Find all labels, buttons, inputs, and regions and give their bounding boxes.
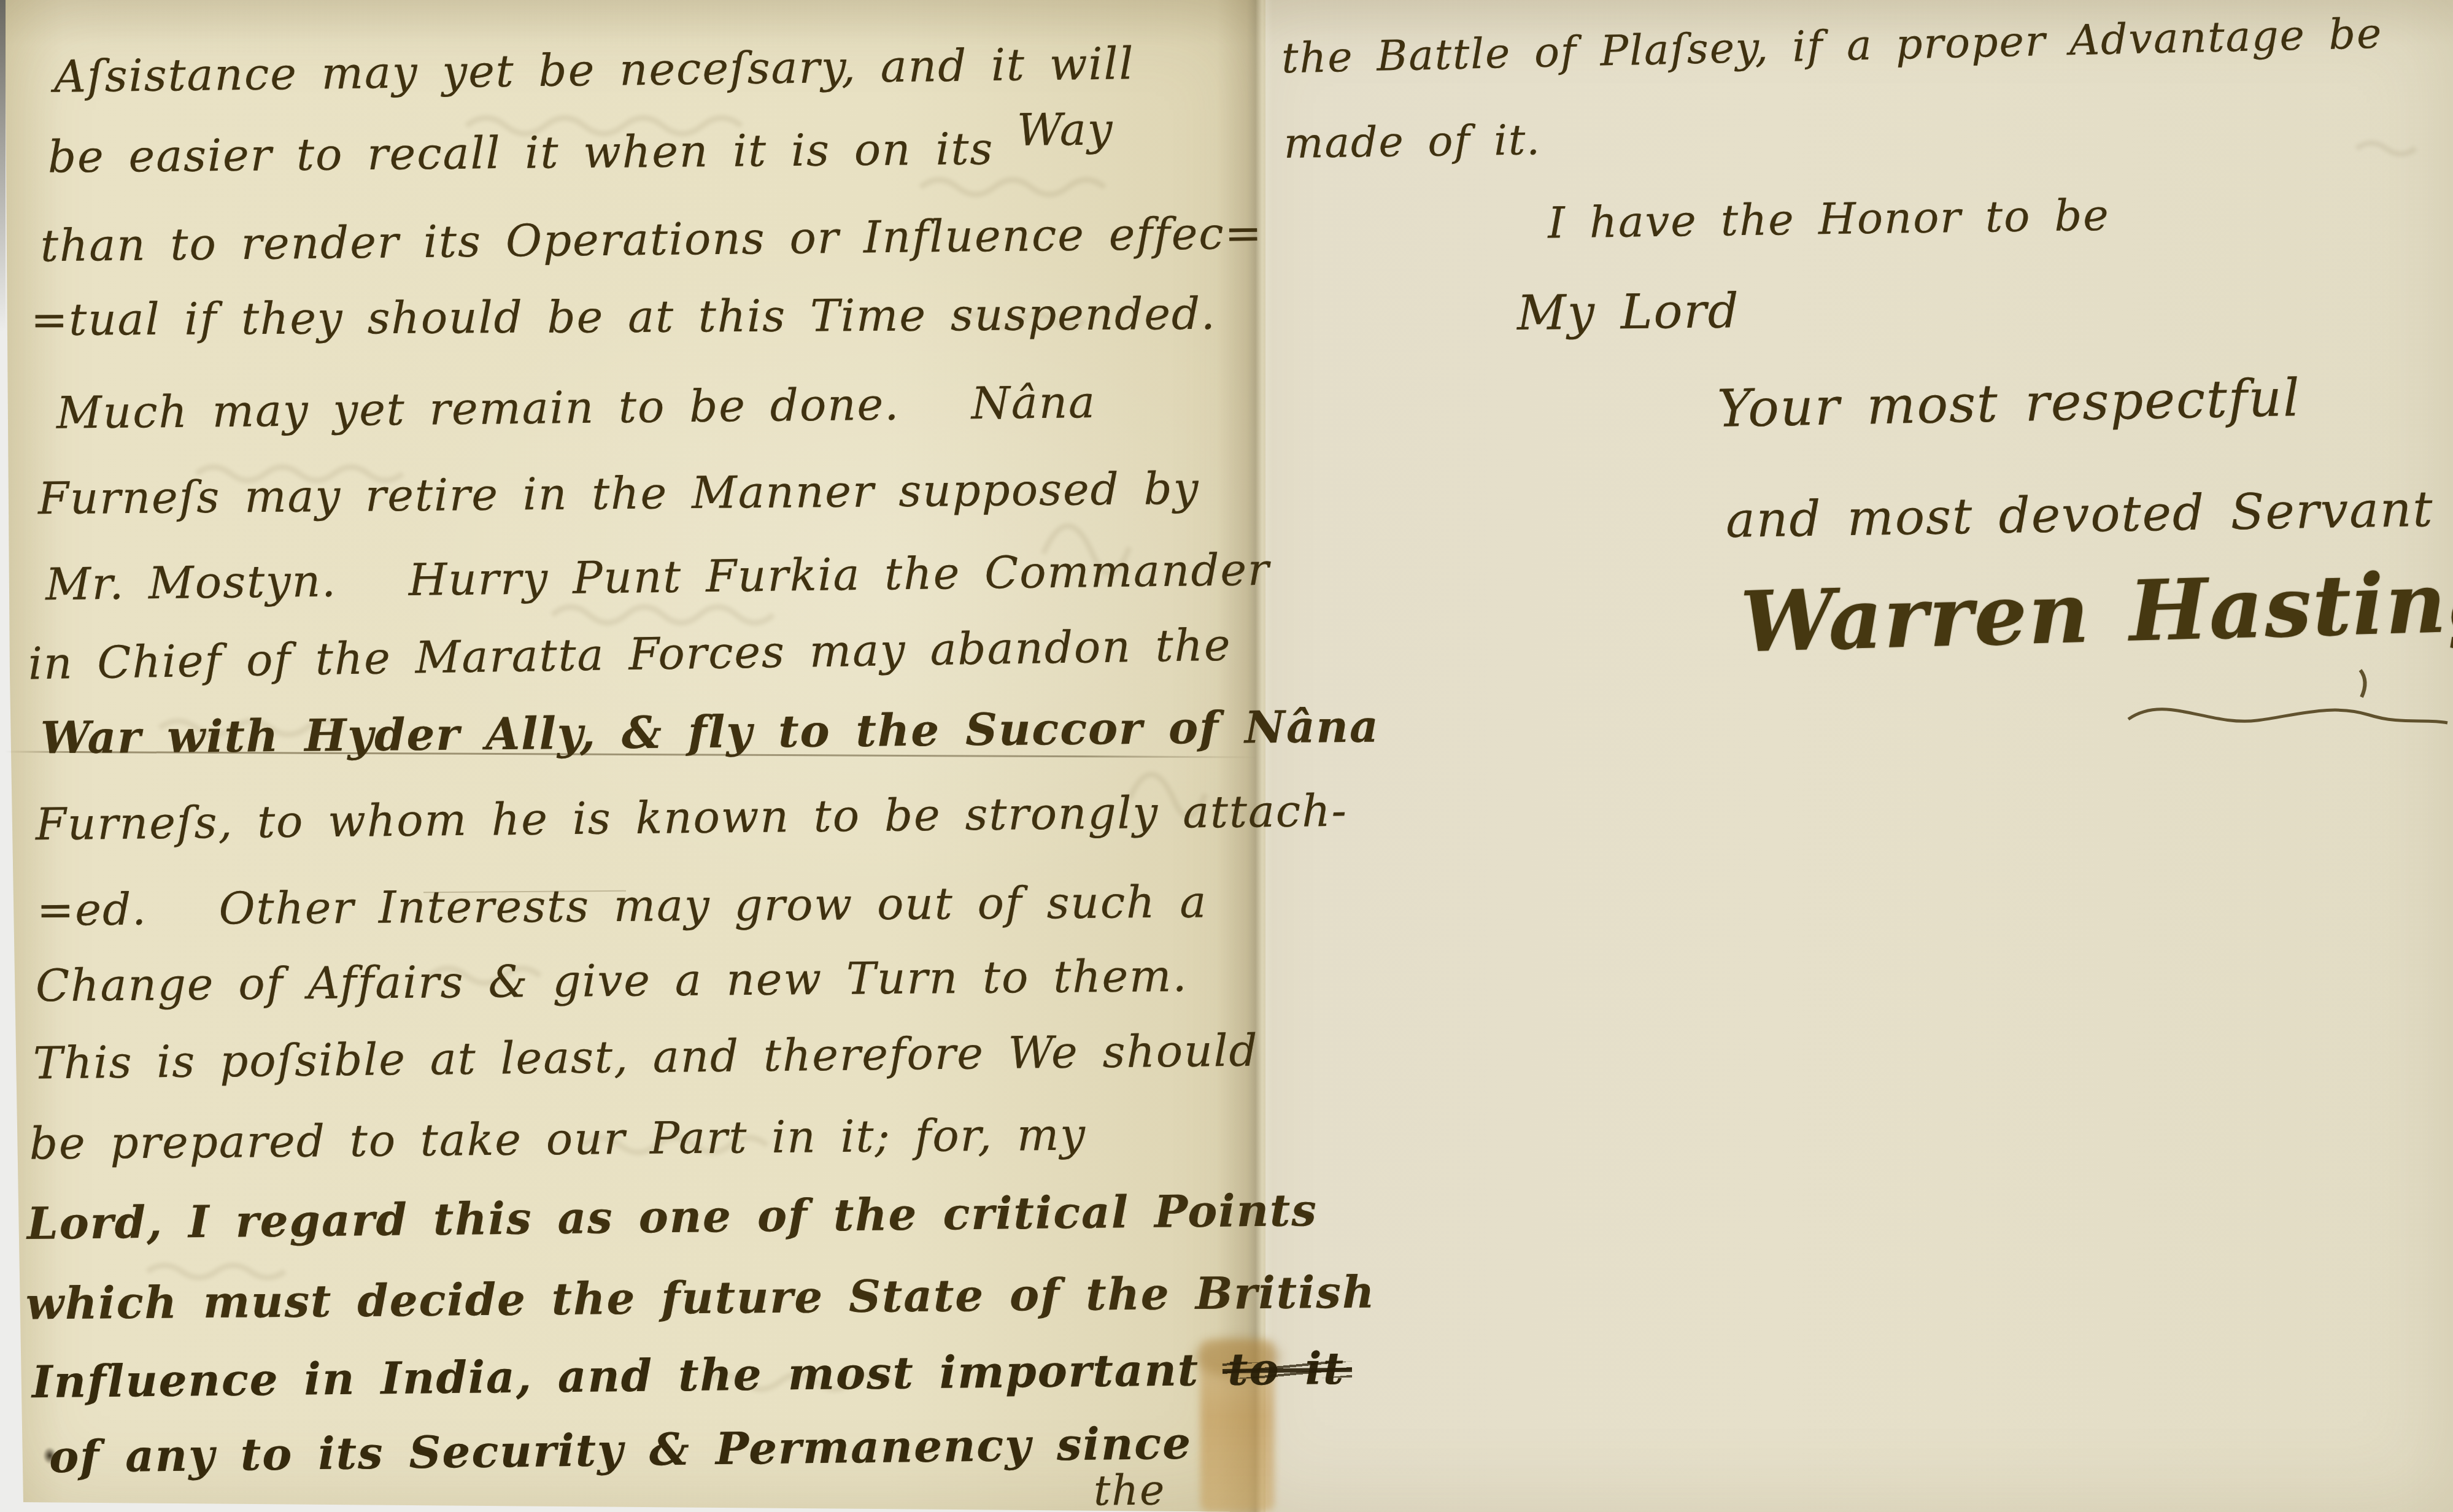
signature-flourish [0,0,2453,1512]
manuscript-letter-scan: Aſsistance may yet be neceſsary, and it … [0,0,2453,1512]
